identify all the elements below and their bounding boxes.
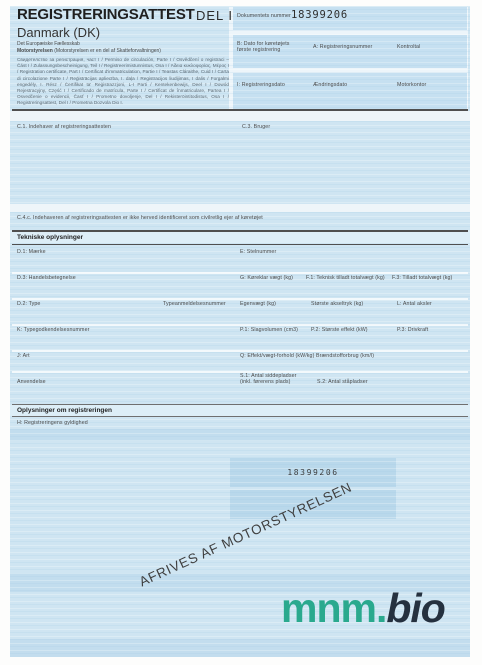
field-d1-make: D.1: Mærke: [17, 249, 46, 255]
field-p3-fuel: P.3: Drivkraft: [397, 327, 428, 333]
row-separator: [12, 298, 468, 300]
registration-date-box: [233, 73, 467, 109]
c3-user-label: C.3. Bruger: [242, 124, 270, 130]
certificate-title: REGISTRERINGSATTEST: [17, 6, 195, 23]
logo-prefix: mnm.: [281, 585, 386, 631]
document-number-repeat-box: 18399206: [230, 458, 396, 487]
header-gap: [10, 111, 470, 121]
logo-suffix: bio: [386, 585, 444, 631]
field-g-mass-in-service: G: Køreklar vægt (kg): [240, 275, 293, 281]
multilingual-text: Свидетелство за регистрация, част I / Pe…: [17, 57, 229, 107]
shade-band-bottom: [10, 639, 470, 657]
b-first-registration-label: B: Dato for køretøjets første registreri…: [237, 41, 307, 53]
row-separator: [12, 350, 468, 352]
document-number-value: 18399206: [291, 9, 348, 21]
field-j-category: J: Art: [17, 353, 30, 359]
a-registration-number-label: A: Registreringsnummer: [313, 44, 372, 50]
registration-certificate-page: 18399206 REGISTRERINGSATTEST DEL I Danma…: [0, 0, 482, 665]
field-s1-seats: S.1: Antal siddepladser (inkl. førerens …: [240, 373, 310, 385]
technical-section-title: Tekniske oplysninger: [17, 234, 83, 241]
field-p1-engine-capacity: P.1: Slagvolumen (cm3): [240, 327, 298, 333]
c4c-note-label: C.4.c. Indehaveren af registreringsattes…: [17, 215, 437, 221]
field-q-power-weight: Q: Effekt/vægt-forhold (kW/kg): [240, 353, 314, 359]
technical-divider-bottom: [12, 244, 468, 246]
authority-name: Motorstyrelsen: [17, 48, 53, 54]
field-e-vin: E: Stelnummer: [240, 249, 276, 255]
row-separator: [12, 324, 468, 326]
field-use: Anvendelse: [17, 379, 46, 385]
community-label: Det Europæiske Fællesskab: [17, 41, 80, 47]
i-registration-date-label: I: Registreringsdato: [237, 82, 285, 88]
field-f3-permissible-mass: F.3: Tilladt totalvægt (kg): [392, 275, 462, 281]
authority-line: Motorstyrelsen (Motorstyrelsen er en del…: [17, 48, 161, 54]
control-number-label: Kontroltal: [397, 44, 420, 50]
part-label: DEL I: [196, 8, 233, 23]
field-f1-max-mass: F.1: Teknisk tilladt totalvægt (kg): [306, 275, 388, 281]
country-title: Danmark (DK): [17, 25, 100, 40]
technical-divider-top: [12, 230, 468, 232]
authority-note: (Motorstyrelsen er en del af Skatteforva…: [53, 48, 161, 54]
change-date-label: Ændringsdato: [313, 82, 347, 88]
reginfo-divider-top: [12, 404, 468, 405]
holder-gap: [10, 204, 470, 212]
shade-band-upper: [10, 429, 470, 441]
field-d2-type: D.2: Type: [17, 301, 40, 307]
header-divider: [12, 109, 468, 111]
reginfo-divider-bottom: [12, 416, 468, 417]
field-p2-max-power: P.2: Største effekt (kW): [311, 327, 368, 333]
field-d3-trade-name: D.3: Handelsbetegnelse: [17, 275, 76, 281]
brand-logo: mnm.bio: [281, 586, 445, 630]
field-h-validity: H: Registreringens gyldighed: [17, 420, 88, 426]
field-k-type-approval: K: Typegodkendelsesnummer: [17, 327, 89, 333]
field-fuel-consumption: Brændstofforbrug (km/l): [316, 353, 374, 359]
registration-info-section-title: Oplysninger om registreringen: [17, 407, 112, 414]
field-curb-weight: Egenvægt (kg): [240, 301, 276, 307]
document-number-repeat: 18399206: [287, 468, 338, 477]
motor-office-label: Motorkontor: [397, 82, 426, 88]
field-l-axles: L: Antal aksler: [397, 301, 432, 307]
c1-holder-label: C.1. Indehaver af registreringsattesten: [17, 124, 111, 130]
field-axle-load: Største akseltryk (kg): [311, 301, 363, 307]
row-separator: [12, 272, 468, 274]
document-number-label: Dokumentets nummer: [237, 13, 291, 19]
field-s2-standing: S.2: Antal ståpladser: [317, 379, 368, 385]
field-type-notice-number: Typeanmeldelsesnummer: [163, 301, 226, 307]
